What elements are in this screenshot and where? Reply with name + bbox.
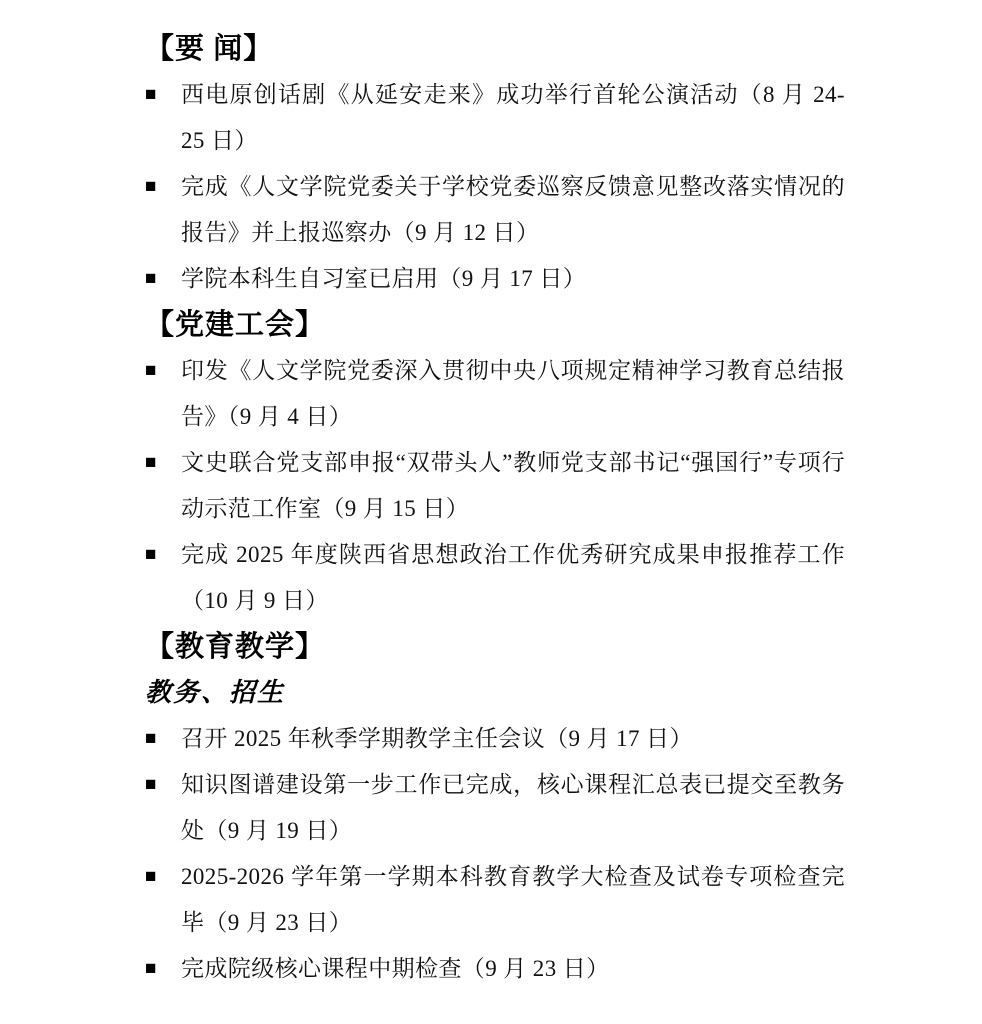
list-item-text: 完成 2025 年度陕西省思想政治工作优秀研究成果申报推荐工作（10 月 9 日…	[181, 542, 845, 613]
list-item: ■ 召开 2025 年秋季学期教学主任会议（9 月 17 日）	[145, 716, 845, 762]
list-item-text: 学院本科生自习室已启用（9 月 17 日）	[181, 266, 586, 291]
square-bullet-icon: ■	[145, 164, 181, 210]
list-item-text: 完成《人文学院党委关于学校党委巡察反馈意见整改落实情况的报告》并上报巡察办（9 …	[181, 174, 845, 245]
square-bullet-icon: ■	[145, 72, 181, 118]
list-item: ■ 知识图谱建设第一步工作已完成，核心课程汇总表已提交至教务处（9 月 19 日…	[145, 762, 845, 854]
list-item: ■ 西电原创话剧《从延安走来》成功举行首轮公演活动（8 月 24-25 日）	[145, 72, 845, 164]
section-headlines: 【要 闻】 ■ 西电原创话剧《从延安走来》成功举行首轮公演活动（8 月 24-2…	[145, 26, 845, 302]
list-item-text: 召开 2025 年秋季学期教学主任会议（9 月 17 日）	[181, 726, 693, 751]
list-item-text: 文史联合党支部申报“双带头人”教师党支部书记“强国行”专项行动示范工作室（9 月…	[181, 450, 845, 521]
section-heading: 【党建工会】	[145, 302, 845, 348]
section-heading: 【教育教学】	[145, 624, 845, 670]
square-bullet-icon: ■	[145, 256, 181, 302]
list-item-text: 完成院级核心课程中期检查（9 月 23 日）	[181, 956, 610, 981]
list-item-text: 知识图谱建设第一步工作已完成，核心课程汇总表已提交至教务处（9 月 19 日）	[181, 772, 845, 843]
section-party-union: 【党建工会】 ■ 印发《人文学院党委深入贯彻中央八项规定精神学习教育总结报告》（…	[145, 302, 845, 624]
square-bullet-icon: ■	[145, 348, 181, 394]
square-bullet-icon: ■	[145, 946, 181, 992]
list-item: ■ 完成 2025 年度陕西省思想政治工作优秀研究成果申报推荐工作（10 月 9…	[145, 532, 845, 624]
square-bullet-icon: ■	[145, 532, 181, 578]
list-item-text: 印发《人文学院党委深入贯彻中央八项规定精神学习教育总结报告》（9 月 4 日）	[181, 358, 845, 429]
list-item: ■ 完成院级核心课程中期检查（9 月 23 日）	[145, 946, 845, 992]
list-item: ■ 2025-2026 学年第一学期本科教育教学大检查及试卷专项检查完毕（9 月…	[145, 854, 845, 946]
square-bullet-icon: ■	[145, 716, 181, 762]
list-item: ■ 印发《人文学院党委深入贯彻中央八项规定精神学习教育总结报告》（9 月 4 日…	[145, 348, 845, 440]
list-item-text: 西电原创话剧《从延安走来》成功举行首轮公演活动（8 月 24-25 日）	[181, 82, 845, 153]
section-heading: 【要 闻】	[145, 26, 845, 72]
square-bullet-icon: ■	[145, 762, 181, 808]
list-item: ■ 学院本科生自习室已启用（9 月 17 日）	[145, 256, 845, 302]
subsection-heading: 教务、招生	[145, 670, 845, 716]
square-bullet-icon: ■	[145, 440, 181, 486]
list-item: ■ 完成《人文学院党委关于学校党委巡察反馈意见整改落实情况的报告》并上报巡察办（…	[145, 164, 845, 256]
section-education-teaching: 【教育教学】 教务、招生 ■ 召开 2025 年秋季学期教学主任会议（9 月 1…	[145, 624, 845, 992]
list-item-text: 2025-2026 学年第一学期本科教育教学大检查及试卷专项检查完毕（9 月 2…	[181, 864, 845, 935]
newsletter-page: 【要 闻】 ■ 西电原创话剧《从延安走来》成功举行首轮公演活动（8 月 24-2…	[0, 0, 982, 1024]
square-bullet-icon: ■	[145, 854, 181, 900]
list-item: ■ 文史联合党支部申报“双带头人”教师党支部书记“强国行”专项行动示范工作室（9…	[145, 440, 845, 532]
